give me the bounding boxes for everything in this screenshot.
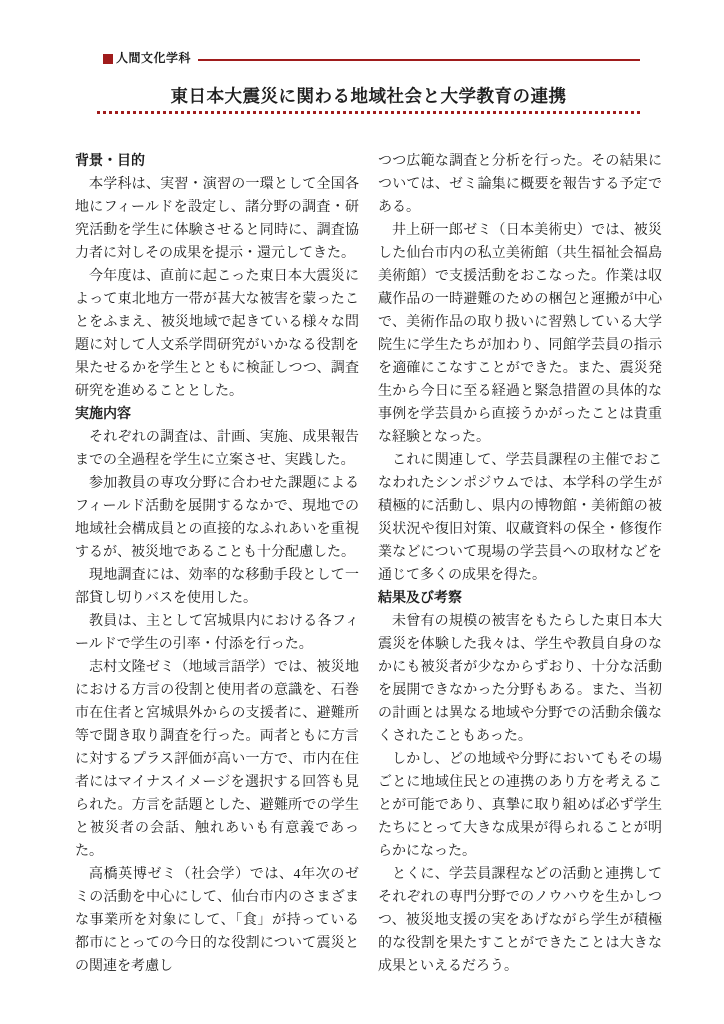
- section-heading: 結果及び考察: [378, 587, 662, 610]
- right-column: つつ広範な調査と分析を行った。その結果については、ゼミ論集に概要を報告する予定で…: [378, 150, 662, 978]
- department-label: 人間文化学科: [116, 52, 191, 65]
- article-body: 背景・目的本学科は、実習・演習の一環として全国各地にフィールドを設定し、諸分野の…: [75, 150, 662, 978]
- body-paragraph: 今年度は、直前に起こった東日本大震災によって東北地方一帯が甚大な被害を蒙ったこと…: [75, 265, 359, 403]
- page-title: 東日本大震災に関わる地域社会と大学教育の連携: [75, 83, 662, 108]
- body-paragraph: つつ広範な調査と分析を行った。その結果については、ゼミ論集に概要を報告する予定で…: [378, 150, 662, 219]
- left-column: 背景・目的本学科は、実習・演習の一環として全国各地にフィールドを設定し、諸分野の…: [75, 150, 359, 978]
- body-paragraph: 参加教員の専攻分野に合わせた課題によるフィールド活動を展開するなかで、現地での地…: [75, 472, 359, 564]
- section-marker-icon: [103, 54, 113, 64]
- body-paragraph: とくに、学芸員課程などの活動と連携してそれぞれの専門分野でのノウハウを生かしつつ…: [378, 863, 662, 978]
- body-paragraph: これに関連して、学芸員課程の主催でおこなわれたシンポジウムでは、本学科の学生が積…: [378, 449, 662, 587]
- body-paragraph: 本学科は、実習・演習の一環として全国各地にフィールドを設定し、諸分野の調査・研究…: [75, 173, 359, 265]
- header-rule: [198, 59, 640, 61]
- page-header: 人間文化学科: [103, 52, 640, 65]
- section-heading: 実施内容: [75, 403, 359, 426]
- document-page: 人間文化学科 東日本大震災に関わる地域社会と大学教育の連携 背景・目的本学科は、…: [0, 0, 724, 1024]
- body-paragraph: 志村文隆ゼミ（地域言語学）では、被災地における方言の役割と使用者の意識を、石巻市…: [75, 656, 359, 863]
- section-heading: 背景・目的: [75, 150, 359, 173]
- body-paragraph: 未曾有の規模の被害をもたらした東日本大震災を体験した我々は、学生や教員自身のなか…: [378, 610, 662, 748]
- dotted-divider: [97, 111, 642, 114]
- body-paragraph: 高橋英博ゼミ（社会学）では、4年次のゼミの活動を中心にして、仙台市内のさまざまな…: [75, 863, 359, 978]
- body-paragraph: しかし、どの地域や分野においてもその場ごとに地域住民との連携のあり方を考えること…: [378, 748, 662, 863]
- body-paragraph: 現地調査には、効率的な移動手段として一部貸し切りバスを使用した。: [75, 564, 359, 610]
- body-paragraph: それぞれの調査は、計画、実施、成果報告までの全過程を学生に立案させ、実践した。: [75, 426, 359, 472]
- body-paragraph: 井上研一郎ゼミ（日本美術史）では、被災した仙台市内の私立美術館（共生福祉会福島美…: [378, 219, 662, 449]
- body-paragraph: 教員は、主として宮城県内における各フィールドで学生の引率・付添を行った。: [75, 610, 359, 656]
